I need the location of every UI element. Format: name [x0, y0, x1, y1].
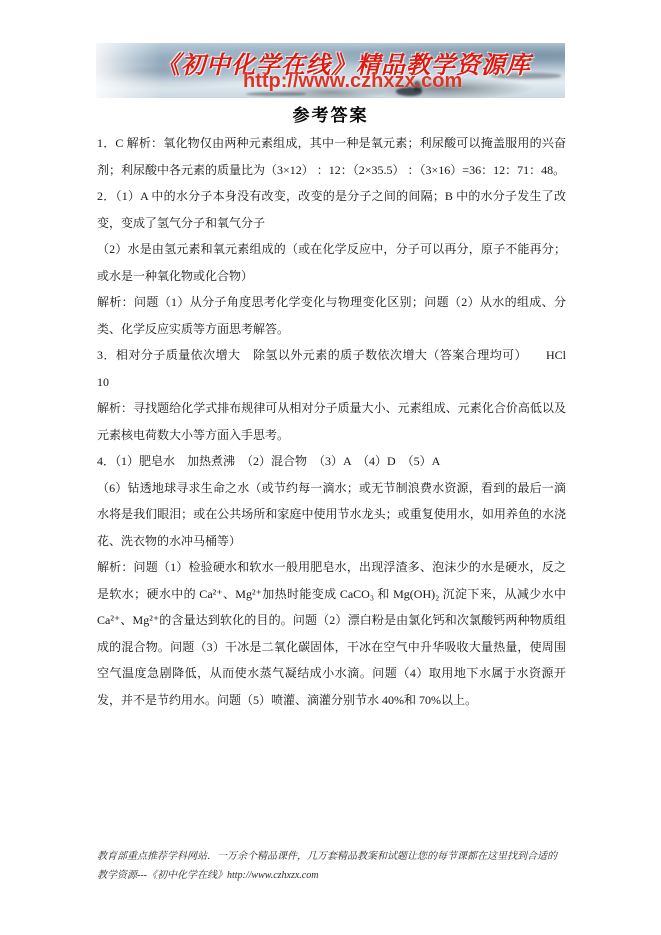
page-title: 参考答案 — [0, 101, 661, 126]
answer-paragraph-q2-part2: （2）水是由氢元素和氧元素组成的（或在化学反应中，分子可以再分，原子不能再分；或… — [97, 236, 566, 289]
answer-paragraph-q2-analysis: 解析：问题（1）从分子角度思考化学变化与物理变化区别；问题（2）从水的组成、分类… — [97, 289, 566, 342]
document-page: 《初中化学在线》精品教学资源库 http://www.czhxzx.com 参考… — [0, 0, 661, 935]
footer-promo-line: 教育部重点推荐学科网站．一万余个精品课件，几万套精品教案和试题让您的每节课都在这… — [97, 847, 583, 866]
answer-paragraph-q2-part1: 2．（1）A 中的水分子本身没有改变，改变的是分子之间的间隔；B 中的水分子发生… — [97, 183, 566, 236]
footer: 教育部重点推荐学科网站．一万余个精品课件，几万套精品教案和试题让您的每节课都在这… — [97, 847, 583, 885]
answer-paragraph-q4: 4．（1）肥皂水 加热煮沸 （2）混合物 （3）A （4）D （5）A — [97, 448, 566, 475]
answer-body: 1．C 解析：氧化物仅由两种元素组成，其中一种是氧元素；利尿酸可以掩盖服用的兴奋… — [97, 130, 566, 713]
answer-paragraph-q4-part6: （6）钻透地球寻求生命之水（或节约每一滴水；或无节制浪费水资源，看到的最后一滴水… — [97, 475, 566, 555]
answer-paragraph-q4-analysis: 解析：问题（1）检验硬水和软水一般用肥皂水，出现浮渣多、泡沫少的水是硬水，反之是… — [97, 554, 566, 713]
answer-paragraph-q3: 3．相对分子质量依次增大 除氢以外元素的质子数依次增大（答案合理均可） HCl … — [97, 342, 566, 395]
footer-source-line: 教学资源---《初中化学在线》http://www.czhxzx.com — [97, 866, 583, 885]
answer-paragraph-q1: 1．C 解析：氧化物仅由两种元素组成，其中一种是氧元素；利尿酸可以掩盖服用的兴奋… — [97, 130, 566, 183]
banner-site-url: http://www.czhxzx.com — [243, 70, 462, 93]
answer-paragraph-q3-analysis: 解析：寻找题给化学式排布规律可从相对分子质量大小、元素组成、元素化合价高低以及元… — [97, 395, 566, 448]
site-banner: 《初中化学在线》精品教学资源库 http://www.czhxzx.com — [96, 43, 565, 98]
